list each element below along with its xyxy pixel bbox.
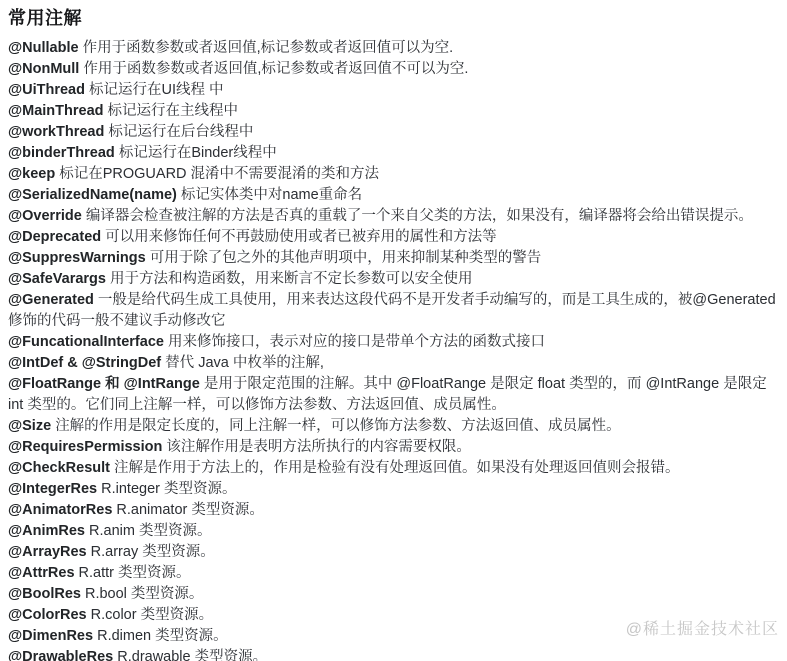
annotation-desc: R.integer 类型资源。 xyxy=(101,481,236,497)
annotation-entry: @IntDef & @StringDef 替代 Java 中枚举的注解, xyxy=(8,353,779,374)
annotation-desc: 编译器会检查被注解的方法是否真的重载了一个来自父类的方法，如果没有，编译器将会给… xyxy=(86,208,753,224)
annotation-name: @SuppresWarnings xyxy=(8,250,146,266)
annotation-entry: @Generated 一般是给代码生成工具使用，用来表达这段代码不是开发者手动编… xyxy=(8,290,779,332)
annotation-desc: R.anim 类型资源。 xyxy=(89,523,211,539)
annotation-desc: 可用于除了包之外的其他声明项中，用来抑制某种类型的警告 xyxy=(150,250,542,266)
annotation-desc: R.color 类型资源。 xyxy=(91,607,213,623)
annotation-entry: @IntegerRes R.integer 类型资源。 xyxy=(8,479,779,500)
annotation-entry: @binderThread 标记运行在Binder线程中 xyxy=(8,143,779,164)
annotation-name: @FuncationalInterface xyxy=(8,334,164,350)
annotation-entry: @AnimatorRes R.animator 类型资源。 xyxy=(8,500,779,521)
annotation-name: @RequiresPermission xyxy=(8,439,162,455)
annotation-name: @DrawableRes xyxy=(8,649,113,661)
annotation-name: @workThread xyxy=(8,124,104,140)
annotation-desc: 标记运行在UI线程 中 xyxy=(89,82,224,98)
page-title: 常用注解 xyxy=(0,0,787,29)
annotation-name: @Deprecated xyxy=(8,229,101,245)
annotation-name: @AttrRes xyxy=(8,565,75,581)
annotation-name: @CheckResult xyxy=(8,460,110,476)
annotation-entry: @DrawableRes R.drawable 类型资源。 xyxy=(8,647,779,661)
annotation-desc: 替代 Java 中枚举的注解, xyxy=(165,355,324,371)
annotation-desc: 注解是作用于方法上的，作用是检验有没有处理返回值。如果没有处理返回值则会报错。 xyxy=(114,460,680,476)
annotation-desc: 可以用来修饰任何不再鼓励使用或者已被弃用的属性和方法等 xyxy=(105,229,497,245)
annotation-entry: @Nullable 作用于函数参数或者返回值,标记参数或者返回值可以为空. xyxy=(8,38,779,59)
annotation-desc: 一般是给代码生成工具使用，用来表达这段代码不是开发者手动编写的，而是工具生成的，… xyxy=(8,292,776,329)
annotation-entry: @AttrRes R.attr 类型资源。 xyxy=(8,563,779,584)
annotation-desc: R.attr 类型资源。 xyxy=(79,565,191,581)
annotation-entry: @SuppresWarnings 可用于除了包之外的其他声明项中，用来抑制某种类… xyxy=(8,248,779,269)
article-page: 常用注解 @Nullable 作用于函数参数或者返回值,标记参数或者返回值可以为… xyxy=(0,0,787,661)
annotation-entry: @keep 标记在PROGUARD 混淆中不需要混淆的类和方法 xyxy=(8,164,779,185)
annotation-name: @Nullable xyxy=(8,40,79,56)
annotation-desc: R.drawable 类型资源。 xyxy=(117,649,267,661)
annotation-desc: R.dimen 类型资源。 xyxy=(97,628,228,644)
annotation-name: @SafeVarargs xyxy=(8,271,106,287)
annotation-desc: R.bool 类型资源。 xyxy=(85,586,203,602)
annotation-name: @NonMull xyxy=(8,61,79,77)
annotation-name: @SerializedName(name) xyxy=(8,187,177,203)
annotation-name: @FloatRange 和 @IntRange xyxy=(8,376,200,392)
annotation-entry: @ArrayRes R.array 类型资源。 xyxy=(8,542,779,563)
annotation-entry: @Size 注解的作用是限定长度的，同上注解一样，可以修饰方法参数、方法返回值、… xyxy=(8,416,779,437)
annotation-entry: @MainThread 标记运行在主线程中 xyxy=(8,101,779,122)
annotation-name: @IntDef & @StringDef xyxy=(8,355,161,371)
annotation-name: @ColorRes xyxy=(8,607,87,623)
annotation-desc: 用于方法和构造函数，用来断言不定长参数可以安全使用 xyxy=(110,271,473,287)
annotation-desc: 标记在PROGUARD 混淆中不需要混淆的类和方法 xyxy=(59,166,379,182)
annotation-name: @Size xyxy=(8,418,51,434)
annotation-desc: 标记运行在Binder线程中 xyxy=(119,145,277,161)
annotation-entry: @NonMull 作用于函数参数或者返回值,标记参数或者返回值不可以为空. xyxy=(8,59,779,80)
annotation-name: @keep xyxy=(8,166,55,182)
annotation-name: @BoolRes xyxy=(8,586,81,602)
annotation-entry: @UiThread 标记运行在UI线程 中 xyxy=(8,80,779,101)
annotation-name: @AnimatorRes xyxy=(8,502,112,518)
annotation-name: @Override xyxy=(8,208,82,224)
annotation-entry: @AnimRes R.anim 类型资源。 xyxy=(8,521,779,542)
annotation-name: @MainThread xyxy=(8,103,104,119)
annotation-entry: @RequiresPermission 该注解作用是表明方法所执行的内容需要权限… xyxy=(8,437,779,458)
annotation-entry: @Override 编译器会检查被注解的方法是否真的重载了一个来自父类的方法，如… xyxy=(8,206,779,227)
annotation-desc: 注解的作用是限定长度的，同上注解一样，可以修饰方法参数、方法返回值、成员属性。 xyxy=(55,418,621,434)
annotation-entry: @workThread 标记运行在后台线程中 xyxy=(8,122,779,143)
annotation-name: @DimenRes xyxy=(8,628,93,644)
annotation-name: @UiThread xyxy=(8,82,85,98)
annotation-name: @Generated xyxy=(8,292,94,308)
annotation-desc: 用来修饰接口，表示对应的接口是带单个方法的函数式接口 xyxy=(168,334,545,350)
annotation-desc: 标记运行在主线程中 xyxy=(108,103,239,119)
annotation-desc: R.animator 类型资源。 xyxy=(116,502,263,518)
annotation-desc: 标记实体类中对name重命名 xyxy=(181,187,362,203)
annotation-entry: @BoolRes R.bool 类型资源。 xyxy=(8,584,779,605)
annotation-desc: 该注解作用是表明方法所执行的内容需要权限。 xyxy=(166,439,471,455)
annotation-entry: @SerializedName(name) 标记实体类中对name重命名 xyxy=(8,185,779,206)
annotation-desc: 作用于函数参数或者返回值,标记参数或者返回值可以为空. xyxy=(83,40,454,56)
annotation-desc: 标记运行在后台线程中 xyxy=(108,124,253,140)
annotation-name: @binderThread xyxy=(8,145,115,161)
annotation-desc: R.array 类型资源。 xyxy=(91,544,215,560)
annotation-list: @Nullable 作用于函数参数或者返回值,标记参数或者返回值可以为空.@No… xyxy=(0,29,787,661)
annotation-name: @AnimRes xyxy=(8,523,85,539)
annotation-name: @ArrayRes xyxy=(8,544,87,560)
annotation-entry: @FuncationalInterface 用来修饰接口，表示对应的接口是带单个… xyxy=(8,332,779,353)
annotation-entry: @CheckResult 注解是作用于方法上的，作用是检验有没有处理返回值。如果… xyxy=(8,458,779,479)
annotation-entry: @Deprecated 可以用来修饰任何不再鼓励使用或者已被弃用的属性和方法等 xyxy=(8,227,779,248)
annotation-entry: @FloatRange 和 @IntRange 是用于限定范围的注解。其中 @F… xyxy=(8,374,779,416)
watermark: @稀土掘金技术社区 xyxy=(626,616,779,639)
annotation-entry: @SafeVarargs 用于方法和构造函数，用来断言不定长参数可以安全使用 xyxy=(8,269,779,290)
annotation-name: @IntegerRes xyxy=(8,481,97,497)
annotation-desc: 作用于函数参数或者返回值,标记参数或者返回值不可以为空. xyxy=(83,61,468,77)
